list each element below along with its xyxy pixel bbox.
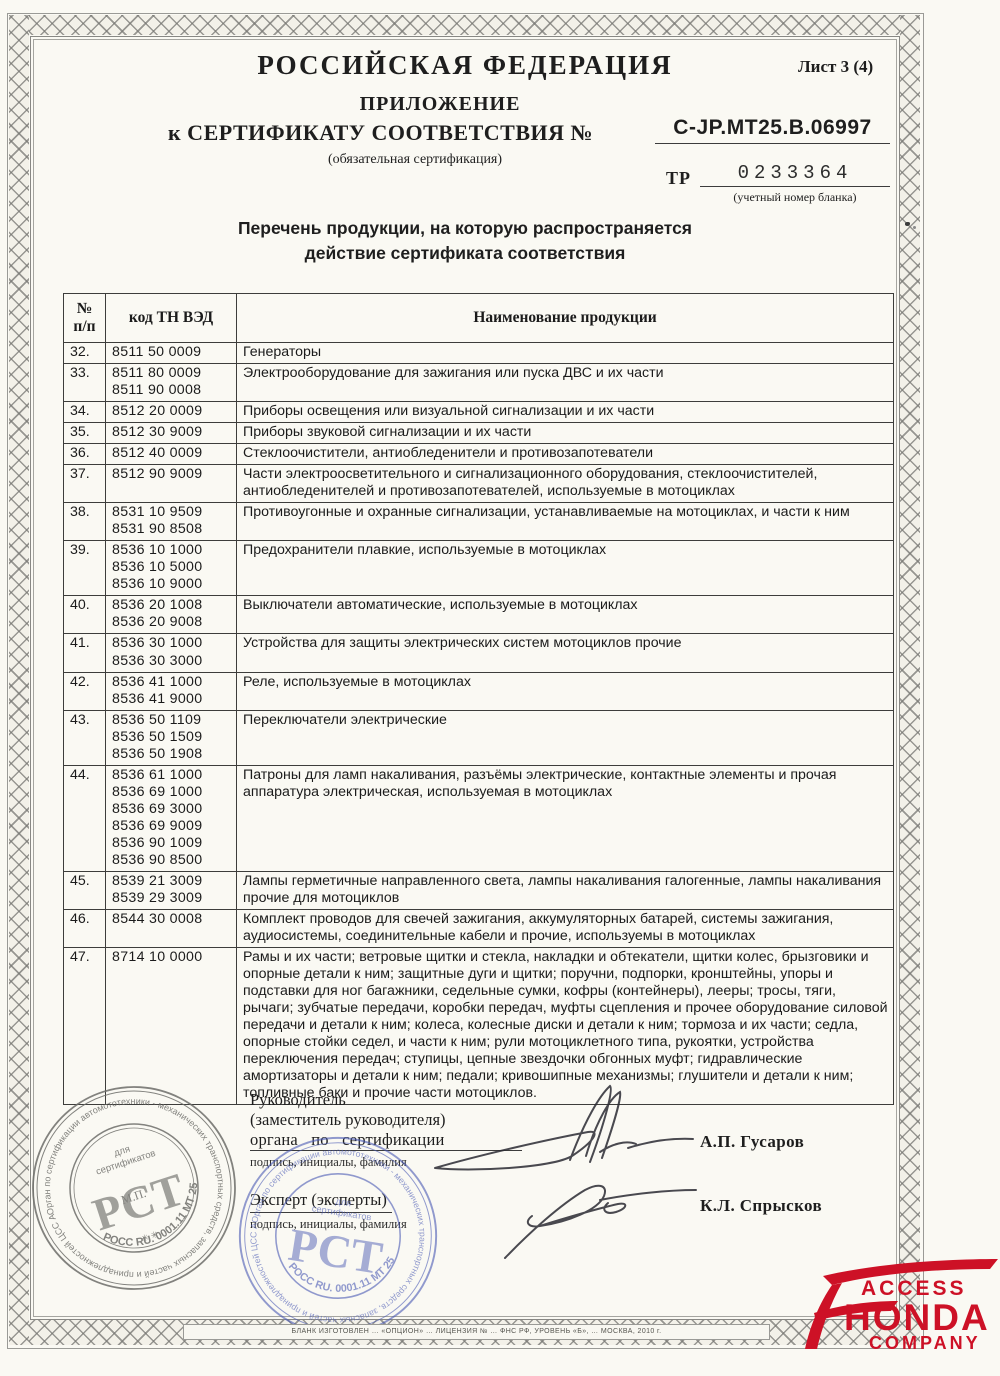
border-band-top [9, 15, 920, 35]
head-signature-line [250, 1150, 522, 1151]
products-table: № п/п код ТН ВЭД Наименование продукции … [63, 293, 894, 1105]
table-body: 32.8511 50 0009Генераторы33.8511 80 0009… [64, 343, 894, 1105]
logo-text-honda: HONDA [844, 1297, 990, 1338]
row-number-cell: 45. [64, 871, 106, 909]
border-band-right [900, 15, 920, 1345]
table-row: 41.8536 30 1000 8536 30 3000Устройства д… [64, 634, 894, 672]
head-role-label: Руководитель (заместитель руководителя) … [250, 1090, 446, 1150]
expert-name: К.Л. Спрысков [700, 1196, 822, 1216]
row-number-cell: 42. [64, 672, 106, 710]
to-certificate-title: к СЕРТИФИКАТУ СООТВЕТСТВИЯ № [168, 120, 593, 146]
row-code-cell: 8539 21 3009 8539 29 3009 [106, 871, 237, 909]
row-code-cell: 8536 41 1000 8536 41 9000 [106, 672, 237, 710]
row-code-cell: 8511 50 0009 [106, 343, 237, 364]
head-role-line2: (заместитель руководителя) [250, 1110, 446, 1130]
row-name-cell: Комплект проводов для свечей зажигания, … [237, 909, 894, 947]
row-name-cell: Противоугонные и охранные сигнализации, … [237, 503, 894, 541]
blank-printer-imprint: БЛАНК ИЗГОТОВЛЕН … «ОПЦИОН» … ЛИЦЕНЗИЯ №… [183, 1324, 770, 1340]
row-name-cell: Электрооборудование для зажигания или пу… [237, 364, 894, 402]
row-code-cell: 8512 20 0009 [106, 402, 237, 423]
col-header-number: № п/п [64, 294, 106, 343]
col-header-code: код ТН ВЭД [106, 294, 237, 343]
row-number-cell: 32. [64, 343, 106, 364]
row-name-cell: Рамы и их части; ветровые щитки и стекла… [237, 948, 894, 1105]
row-name-cell: Приборы звуковой сигнализации и их части [237, 423, 894, 444]
table-row: 32.8511 50 0009Генераторы [64, 343, 894, 364]
row-name-cell: Патроны для ламп накаливания, разъёмы эл… [237, 765, 894, 871]
row-name-cell: Реле, используемые в мотоциклах [237, 672, 894, 710]
row-name-cell: Переключатели электрические [237, 710, 894, 765]
row-number-cell: 36. [64, 444, 106, 465]
table-row: 43.8536 50 1109 8536 50 1509 8536 50 190… [64, 710, 894, 765]
certificate-page: РОССИЙСКАЯ ФЕДЕРАЦИЯ Лист 3 (4) ПРИЛОЖЕН… [0, 0, 1000, 1376]
table-row: 45.8539 21 3009 8539 29 3009Лампы гермет… [64, 871, 894, 909]
row-code-cell: 8536 30 1000 8536 30 3000 [106, 634, 237, 672]
ink-speck-small [913, 226, 916, 229]
product-list-title-line1: Перечень продукции, на которую распростр… [0, 216, 930, 241]
logo-text-company: COMPANY [869, 1333, 981, 1353]
row-number-cell: 44. [64, 765, 106, 871]
table-row: 37.8512 90 9009Части электроосветительно… [64, 465, 894, 503]
row-number-cell: 47. [64, 948, 106, 1105]
table-row: 46.8544 30 0008Комплект проводов для све… [64, 909, 894, 947]
row-number-cell: 35. [64, 423, 106, 444]
col-header-name: Наименование продукции [237, 294, 894, 343]
expert-role-label: Эксперт (эксперты) [250, 1190, 387, 1210]
head-role-line1: Руководитель [250, 1090, 446, 1110]
row-name-cell: Стеклоочистители, антиобледенители и про… [237, 444, 894, 465]
product-list-title: Перечень продукции, на которую распростр… [0, 216, 930, 267]
sheet-number: Лист 3 (4) [798, 57, 873, 77]
row-name-cell: Предохранители плавкие, используемые в м… [237, 541, 894, 596]
table-row: 47.8714 10 0000Рамы и их части; ветровые… [64, 948, 894, 1105]
table-row: 44.8536 61 1000 8536 69 1000 8536 69 300… [64, 765, 894, 871]
tr-label: ТР [666, 168, 691, 189]
country-title: РОССИЙСКАЯ ФЕДЕРАЦИЯ [0, 50, 930, 81]
row-number-cell: 40. [64, 596, 106, 634]
row-code-cell: 8714 10 0000 [106, 948, 237, 1105]
row-name-cell: Приборы освещения или визуальной сигнали… [237, 402, 894, 423]
row-number-cell: 39. [64, 541, 106, 596]
row-code-cell: 8536 20 1008 8536 20 9008 [106, 596, 237, 634]
row-name-cell: Части электроосветительного и сигнализац… [237, 465, 894, 503]
table-row: 42.8536 41 1000 8536 41 9000Реле, исполь… [64, 672, 894, 710]
row-number-cell: 41. [64, 634, 106, 672]
expert-signature-line [250, 1212, 392, 1213]
access-honda-company-logo: ACCESS HONDA COMPANY [768, 1256, 1000, 1356]
row-code-cell: 8531 10 9509 8531 90 8508 [106, 503, 237, 541]
row-code-cell: 8536 50 1109 8536 50 1509 8536 50 1908 [106, 710, 237, 765]
attachment-title: ПРИЛОЖЕНИЕ [0, 93, 880, 116]
head-name: А.П. Гусаров [700, 1132, 804, 1152]
blank-number: 0233364 [700, 162, 890, 187]
head-signature-caption: подпись, инициалы, фамилия [250, 1155, 407, 1170]
row-number-cell: 43. [64, 710, 106, 765]
table-row: 36.8512 40 0009Стеклоочистители, антиобл… [64, 444, 894, 465]
row-code-cell: 8512 30 9009 [106, 423, 237, 444]
products-table-head: № п/п код ТН ВЭД Наименование продукции [64, 294, 894, 343]
blank-number-caption: (учетный номер бланка) [700, 190, 890, 205]
table-row: 39.8536 10 1000 8536 10 5000 8536 10 900… [64, 541, 894, 596]
row-number-cell: 34. [64, 402, 106, 423]
row-number-cell: 38. [64, 503, 106, 541]
row-number-cell: 46. [64, 909, 106, 947]
table-header-row: № п/п код ТН ВЭД Наименование продукции [64, 294, 894, 343]
row-code-cell: 8511 80 0009 8511 90 0008 [106, 364, 237, 402]
row-code-cell: 8536 10 1000 8536 10 5000 8536 10 9000 [106, 541, 237, 596]
row-code-cell: 8512 40 0009 [106, 444, 237, 465]
table-row: 38.8531 10 9509 8531 90 8508Противоугонн… [64, 503, 894, 541]
table-row: 34.8512 20 0009Приборы освещения или виз… [64, 402, 894, 423]
table-row: 33.8511 80 0009 8511 90 0008Электрообору… [64, 364, 894, 402]
row-number-cell: 37. [64, 465, 106, 503]
row-code-cell: 8512 90 9009 [106, 465, 237, 503]
mandatory-certification-note: (обязательная сертификация) [190, 152, 640, 168]
row-name-cell: Генераторы [237, 343, 894, 364]
certificate-number: С-JP.MT25.B.06997 [655, 116, 890, 144]
border-band-left [9, 15, 29, 1345]
row-name-cell: Выключатели автоматические, используемые… [237, 596, 894, 634]
head-role-line3: органа по сертификации [250, 1130, 446, 1150]
row-name-cell: Устройства для защиты электрических сист… [237, 634, 894, 672]
expert-signature-caption: подпись, инициалы, фамилия [250, 1217, 407, 1232]
row-number-cell: 33. [64, 364, 106, 402]
row-code-cell: 8536 61 1000 8536 69 1000 8536 69 3000 8… [106, 765, 237, 871]
row-name-cell: Лампы герметичные направленного света, л… [237, 871, 894, 909]
table-row: 40.8536 20 1008 8536 20 9008Выключатели … [64, 596, 894, 634]
row-code-cell: 8544 30 0008 [106, 909, 237, 947]
product-list-title-line2: действие сертификата соответствия [0, 241, 930, 266]
table-row: 35.8512 30 9009Приборы звуковой сигнализ… [64, 423, 894, 444]
